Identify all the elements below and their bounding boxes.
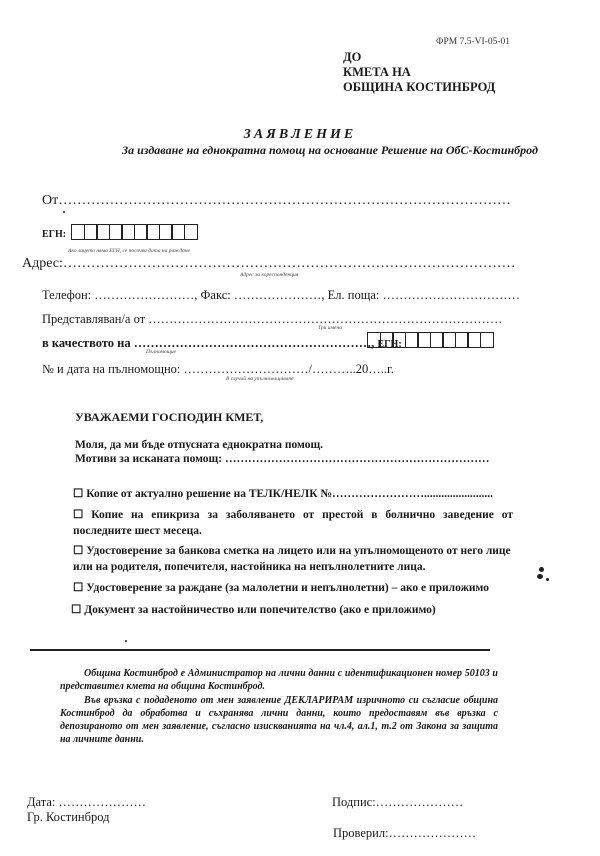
represented-label: Представляван/а от (42, 312, 145, 326)
attachment-label: Копие на епикриза за заболяването от пре… (73, 509, 513, 537)
scan-speck (63, 211, 65, 213)
addressee-line: КМЕТА НА (343, 65, 495, 80)
scan-speck (546, 578, 549, 581)
privacy-admin-note: Община Костинброд е Администратор на лич… (60, 667, 498, 693)
poa-label: № и дата на пълномощно: (42, 362, 180, 376)
scan-speck (539, 567, 544, 572)
checked-by-label: Проверил: (333, 826, 389, 840)
date-input[interactable]: ………………… (59, 795, 147, 809)
email-input[interactable]: …………………………… (382, 288, 520, 302)
attachment-label: Документ за настойничество или попечител… (84, 604, 436, 616)
phone-label: Телефон: (42, 288, 91, 302)
scan-speck (537, 574, 543, 579)
divider (30, 649, 490, 651)
egn-label: ЕГН: (42, 229, 66, 240)
represented-input[interactable]: …………………………………………………………………………… (148, 312, 502, 326)
date-field[interactable]: Дата: ………………… (27, 795, 146, 810)
egn-digit-box[interactable] (480, 332, 494, 348)
egn-digit-box[interactable] (184, 224, 198, 240)
attachment-label: Копие от актуално решение на ТЕЛК/НЕЛК №… (86, 488, 493, 500)
checkbox-icon[interactable]: ☐ (73, 582, 83, 594)
checkbox-icon[interactable]: ☐ (71, 604, 81, 616)
attachment-item[interactable]: ☐ Удостоверение за раждане (за малолетни… (73, 580, 533, 596)
address-input[interactable]: ……………………………………………………………………………………………………… (63, 256, 514, 271)
checkbox-icon[interactable]: ☐ (73, 545, 83, 557)
poa-field[interactable]: № и дата на пълномощно: …………………………/………..… (42, 362, 394, 377)
motives-label: Мотиви за исканата помощ: (75, 453, 222, 465)
egn-boxes[interactable] (71, 224, 196, 240)
fax-input[interactable]: …………………, (234, 288, 325, 302)
signature-label: Подпис: (332, 795, 376, 809)
capacity-field[interactable]: в качеството на …………………………………………………, ЕГН… (42, 336, 402, 351)
poa-input[interactable]: …………………………/………..20…..г. (184, 362, 394, 376)
represented-field[interactable]: Представляван/а от ………………………………………………………… (42, 312, 502, 327)
attachment-label: Удостоверение за банкова сметка на лицет… (73, 545, 511, 573)
phone-input[interactable]: ……………………, (94, 288, 197, 302)
addressee-line: ДО (343, 50, 495, 65)
checkbox-icon[interactable]: ☐ (73, 509, 83, 521)
names-note: Три имена (318, 325, 342, 331)
privacy-consent-declaration: Във връзка с подаденото от мен заявление… (60, 694, 498, 746)
request-text: Моля, да ми бъде отпусната еднократна по… (75, 438, 323, 453)
scan-speck (125, 640, 127, 642)
phone-fax-email-row: Телефон: ……………………, Факс: …………………, Ел. по… (42, 288, 520, 303)
attachment-item[interactable]: ☐ Копие от актуално решение на ТЕЛК/НЕЛК… (73, 486, 513, 502)
address-field[interactable]: Адрес:…………………………………………………………………………………………… (22, 256, 514, 272)
attachment-item[interactable]: ☐ Копие на епикриза за заболяването от п… (73, 507, 513, 539)
attachment-label: Удостоверение за раждане (за малолетни и… (86, 582, 489, 594)
capacity-input[interactable]: …………………………………………………, (134, 336, 375, 350)
email-label: Ел. поща: (328, 288, 380, 302)
address-note: Адрес за кореспонденция (240, 272, 298, 278)
rep-egn-boxes[interactable] (367, 332, 492, 348)
motives-input[interactable]: …………………………………………………………… (225, 453, 490, 465)
document-title: ЗАЯВЛЕНИЕ (0, 127, 600, 143)
signature-field[interactable]: Подпис:………………… (332, 795, 463, 810)
from-field[interactable]: От……………………………………………………………………………………………………… (42, 193, 512, 209)
checkbox-icon[interactable]: ☐ (73, 488, 83, 500)
attachment-item[interactable]: ☐ Удостоверение за банкова сметка на лиц… (73, 543, 513, 575)
fax-label: Факс: (201, 288, 231, 302)
signature-input[interactable]: ………………… (376, 795, 464, 809)
motives-field[interactable]: Мотиви за исканата помощ: ……………………………………… (75, 452, 489, 467)
document-subtitle: За издаване на еднократна помощ на основ… (90, 143, 570, 158)
address-label: Адрес: (22, 256, 63, 271)
egn-note: Ако лицето няма ЕГН, се посочва дата на … (68, 248, 190, 254)
capacity-label: в качеството на (42, 336, 131, 350)
date-label: Дата: (27, 795, 55, 809)
checked-by-field[interactable]: Проверил:………………… (333, 826, 476, 841)
from-label: От (42, 193, 58, 208)
addressee-block: ДО КМЕТА НА ОБЩИНА КОСТИНБРОД (343, 50, 495, 95)
checked-by-input[interactable]: ………………… (389, 826, 477, 840)
city-label: Гр. Костинброд (27, 810, 109, 825)
from-input[interactable]: …………………………………………………………………………………………………………… (58, 193, 512, 208)
poa-note: В случай на упълномощаване (226, 376, 294, 382)
salutation: УВАЖАЕМИ ГОСПОДИН КМЕТ, (75, 410, 263, 425)
addressee-line: ОБЩИНА КОСТИНБРОД (343, 80, 495, 95)
form-code: ФРМ 7.5-VI-05-01 (436, 37, 510, 47)
attachment-item[interactable]: ☐ Документ за настойничество или попечит… (71, 602, 531, 618)
capacity-note: Пълномощие (146, 349, 176, 355)
